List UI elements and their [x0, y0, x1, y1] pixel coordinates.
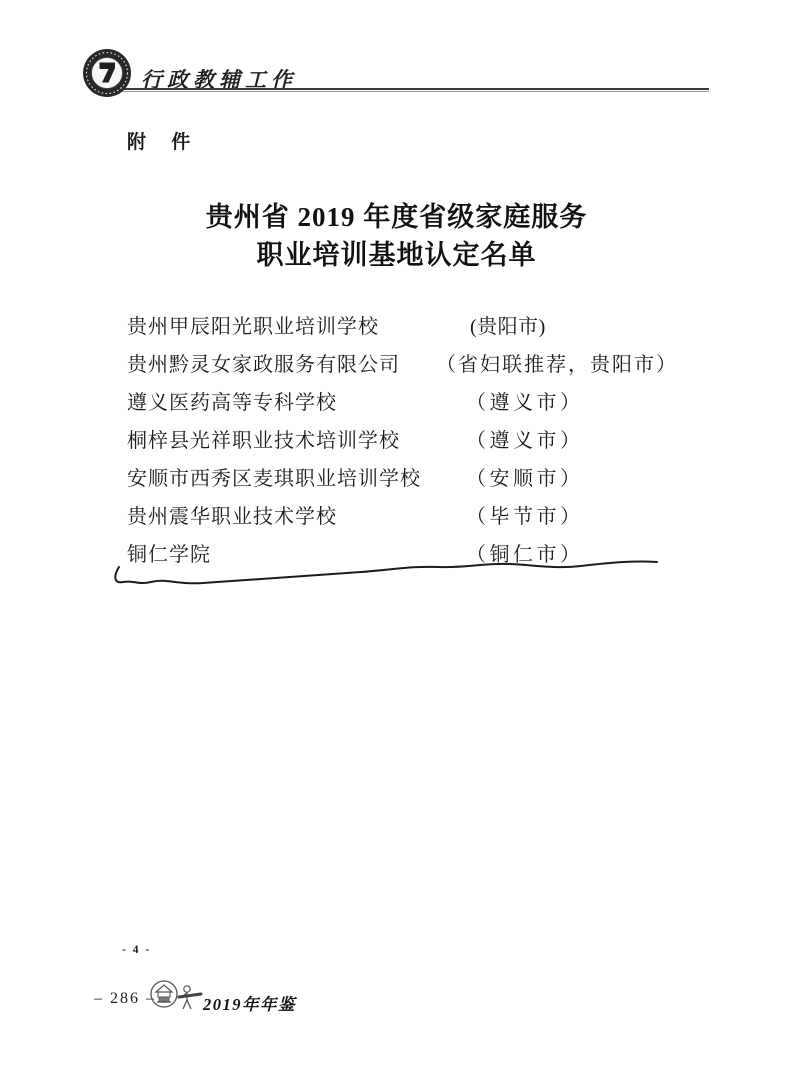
institution-name: 遵义医药高等专科学校	[127, 392, 337, 414]
handwritten-squiggle-line	[111, 555, 663, 593]
institution-location: （毕节市）	[466, 506, 584, 528]
institution-location: （省妇联推荐，贵阳市）	[436, 354, 678, 376]
list-item: 安顺市西秀区麦琪职业培训学校 （安顺市）	[0, 468, 793, 492]
header-rule	[104, 88, 709, 92]
yearbook-label: 2019年年鉴	[203, 991, 296, 1015]
institution-location: (贵阳市)	[470, 316, 546, 338]
list-item: 桐梓县光祥职业技术培训学校 （遵义市）	[0, 430, 793, 454]
institution-name: 贵州黔灵女家政服务有限公司	[127, 354, 400, 376]
institution-name: 桐梓县光祥职业技术培训学校	[127, 430, 400, 452]
institution-name: 贵州震华职业技术学校	[127, 506, 337, 528]
institution-location: （遵义市）	[466, 430, 584, 452]
document-title-line2: 职业培训基地认定名单	[0, 236, 793, 274]
institution-name: 贵州甲辰阳光职业培训学校	[127, 316, 379, 338]
document-title: 贵州省 2019 年度省级家庭服务 职业培训基地认定名单	[0, 198, 793, 274]
institution-location: （遵义市）	[466, 392, 584, 414]
document-page: 行政教辅工作 附 件 贵州省 2019 年度省级家庭服务 职业培训基地认定名单 …	[0, 0, 793, 1077]
list-item: 贵州黔灵女家政服务有限公司 （省妇联推荐，贵阳市）	[0, 354, 793, 378]
list-item: 贵州甲辰阳光职业培训学校 (贵阳市)	[0, 316, 793, 340]
list-item: 贵州震华职业技术学校 （毕节市）	[0, 506, 793, 530]
list-item: 遵义医药高等专科学校 （遵义市）	[0, 392, 793, 416]
yearbook-mascot-icon	[149, 979, 207, 1015]
book-page-number: – 286 –	[94, 990, 156, 1008]
attachment-page-number: - 4 -	[122, 944, 151, 956]
document-title-line1: 贵州省 2019 年度省级家庭服务	[0, 198, 793, 236]
attachment-label: 附 件	[127, 127, 200, 154]
institution-location: （安顺市）	[466, 468, 584, 490]
university-seal-icon	[82, 48, 132, 98]
institution-name: 安顺市西秀区麦琪职业培训学校	[127, 468, 421, 490]
